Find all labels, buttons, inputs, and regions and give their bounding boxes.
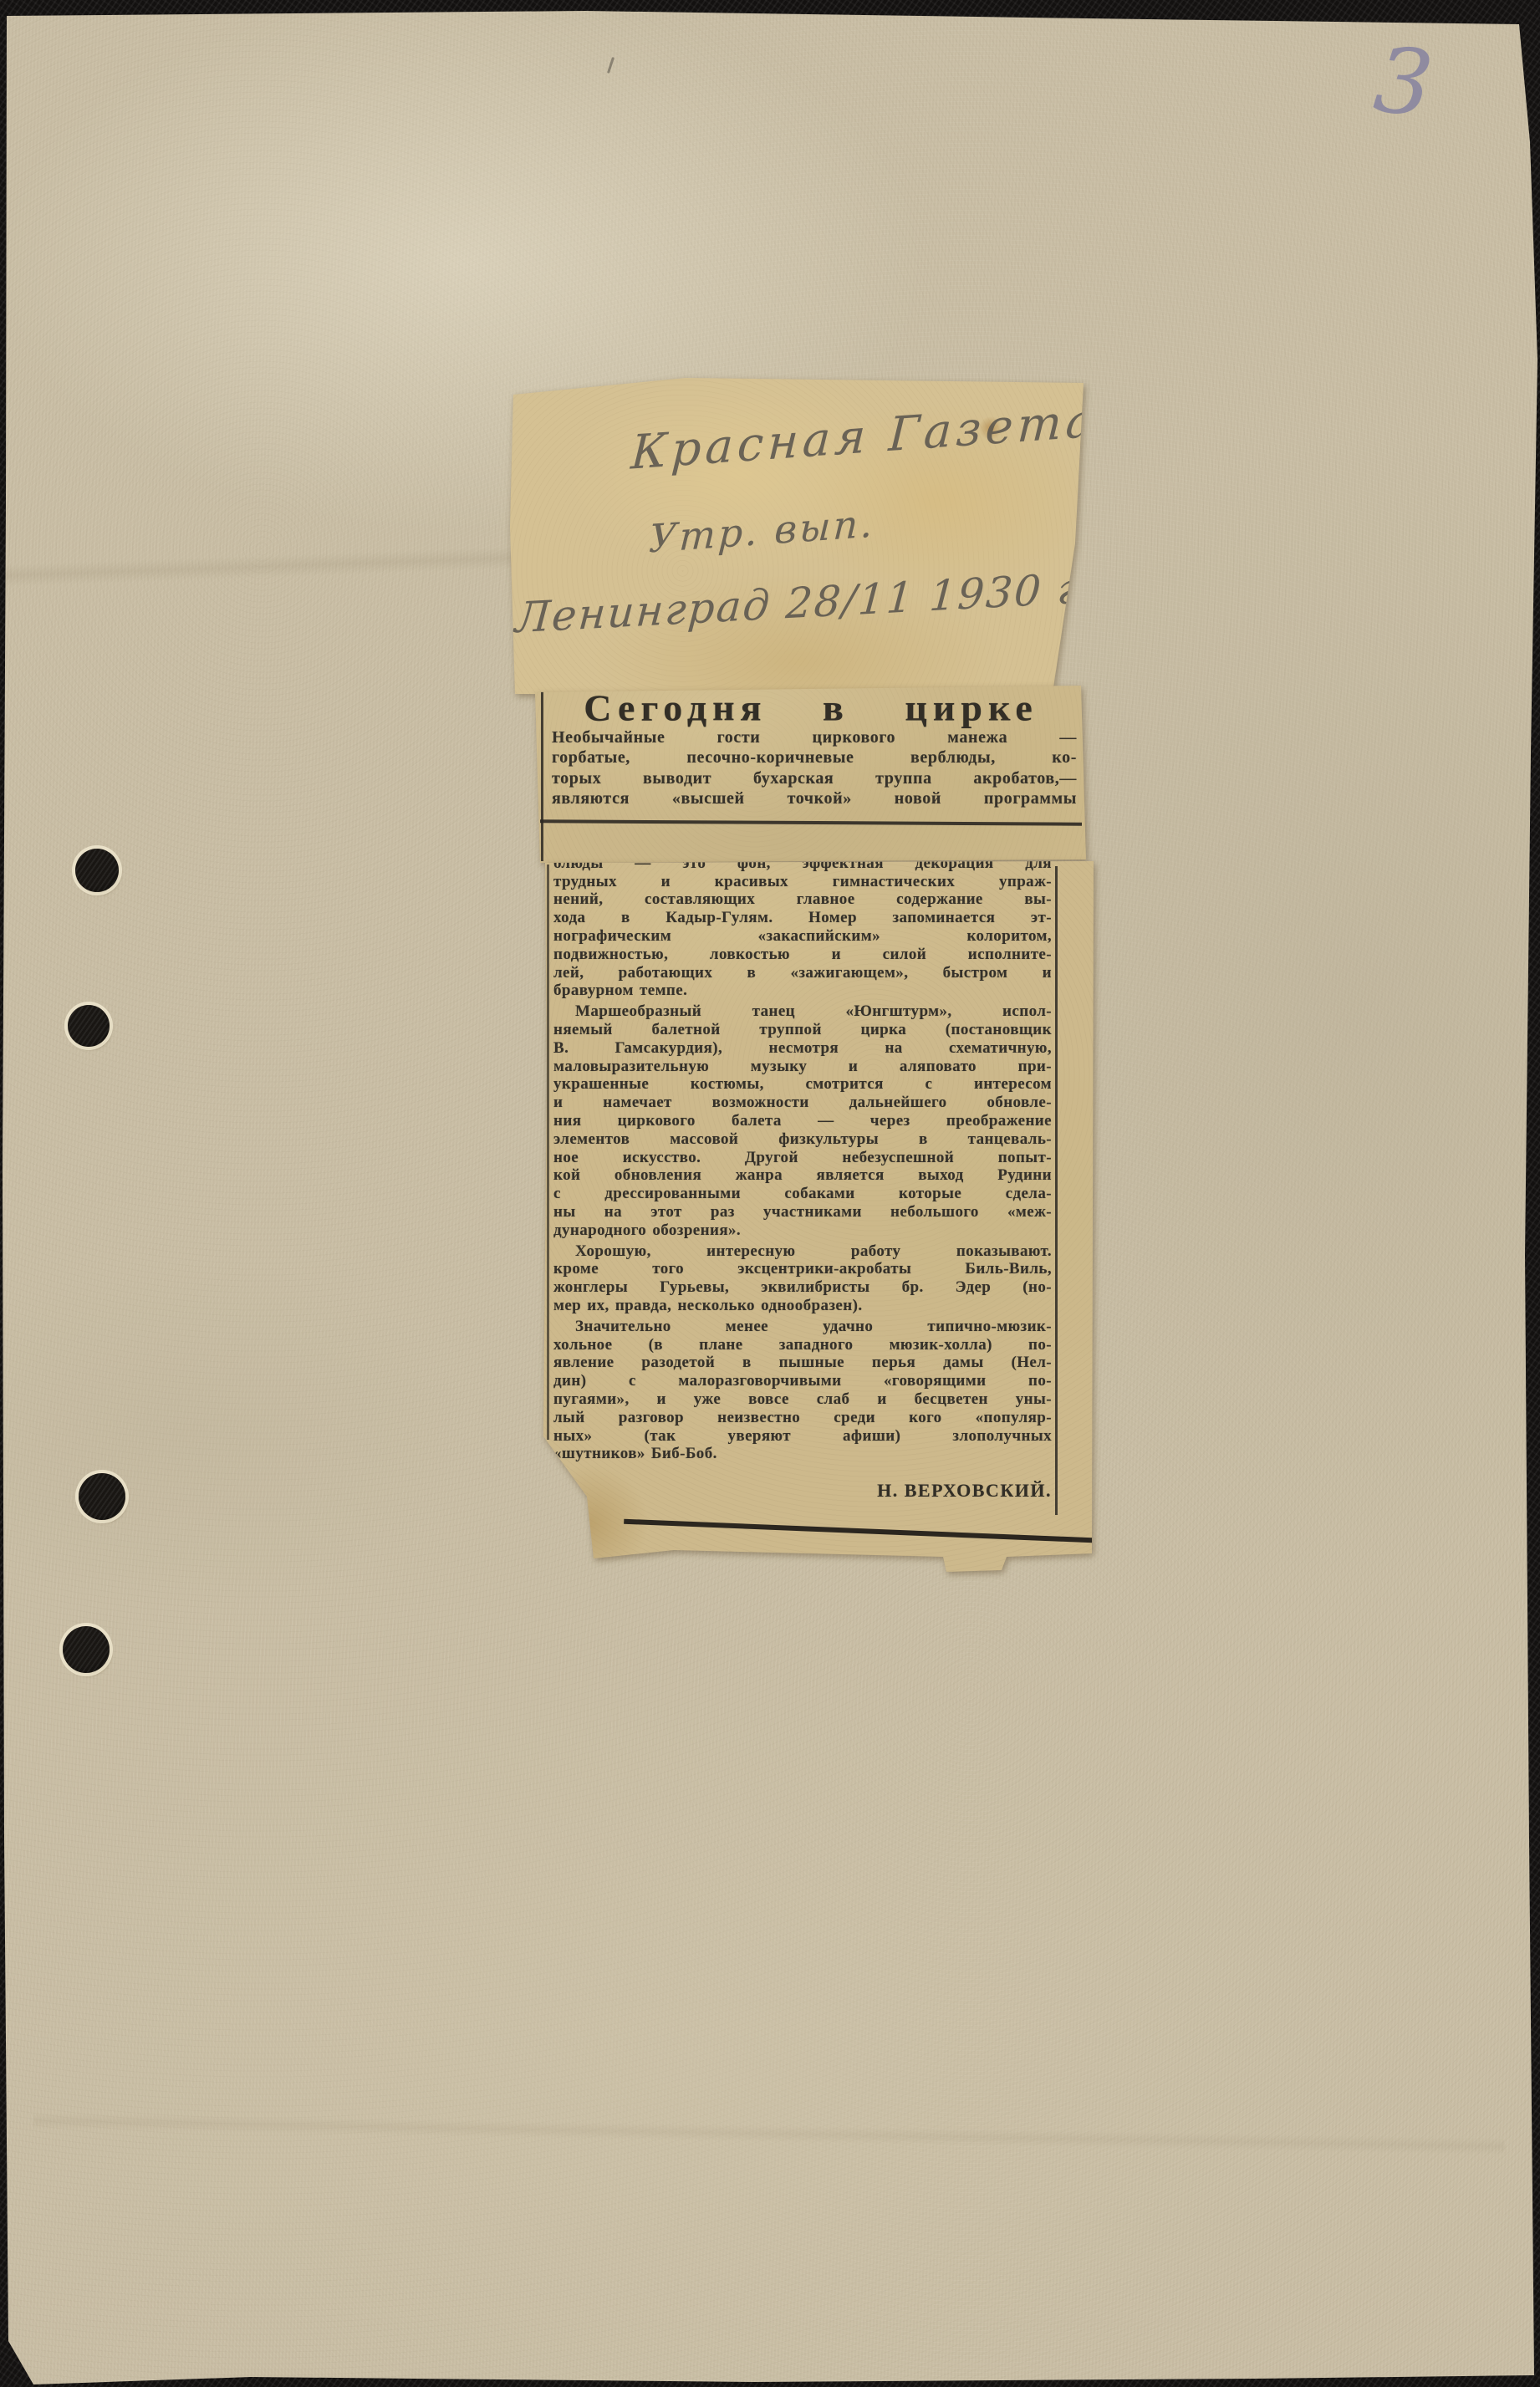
punch-hole [63, 1626, 110, 1673]
print-line: подвижностью, ловкостью и силой исполнит… [553, 946, 1052, 964]
punch-hole [79, 1473, 125, 1520]
clipping-headline-piece: Сегодня в цирке Необычайные гости цирков… [533, 684, 1087, 865]
print-line: украшенные костюмы, смотрится с интересо… [553, 1075, 1052, 1094]
clipping-paragraphs: цирка. Но суть номера не в верблюдах. Ве… [553, 836, 1052, 1463]
article-paper: цирка. Но суть номера не в верблюдах. Ве… [540, 861, 1095, 1573]
print-line: жонглеры Гурьевы, эквилибристы бр. Эдер … [553, 1278, 1052, 1297]
print-line: Значительно менее удачно типично-мюзик- [553, 1318, 1052, 1336]
note-paper: Красная Газета Утр. вып. Ленинград 28/11… [508, 376, 1089, 701]
section-rule [540, 819, 1082, 825]
column-rule-left [547, 865, 549, 1440]
print-line: пугаями», и уже вовсе слаб и бесцветен у… [553, 1390, 1052, 1409]
note-line-edition: Утр. вып. [648, 500, 876, 561]
print-line: элементов массовой физкультуры в танцева… [553, 1130, 1052, 1149]
print-line: Хорошую, интересную работу показывают. [553, 1242, 1052, 1261]
print-line: хольное (в плане западного мюзик-холла) … [553, 1336, 1052, 1354]
print-line: дународного обозрения». [553, 1222, 1052, 1240]
print-line: Маршеобразный танец «Юнгштурм», испол- [553, 1002, 1052, 1021]
clipping-body-piece: цирка. Но суть номера не в верблюдах. Ве… [540, 861, 1095, 1573]
paragraph: цирка. Но суть номера не в верблюдах. Ве… [553, 836, 1052, 1000]
print-line: няемый балетной труппой цирка (постановщ… [553, 1021, 1052, 1039]
print-line: ния циркового балета — через преображени… [553, 1112, 1052, 1130]
print-line: нений, составляющих главное содержание в… [553, 890, 1052, 909]
print-line: и намечает возможности дальнейшего обнов… [553, 1094, 1052, 1112]
print-line: лей, работающих в «зажигающем», быстром … [553, 964, 1052, 982]
print-line: ных» (так уверяют афиши) злополучных [553, 1427, 1052, 1446]
print-line: явление разодетой в пышные перья дамы (Н… [553, 1354, 1052, 1372]
print-line: В. Гамсакурдия), несмотря на схематичную… [553, 1039, 1052, 1058]
print-line: хода в Кадыр-Гулям. Номер запоминается э… [553, 909, 1052, 927]
print-line: являются «высшей точкой» новой программы [552, 788, 1077, 808]
print-line: лый разговор неизвестно среди кого «попу… [553, 1409, 1052, 1427]
print-line: кой обновления жанра является выход Руди… [553, 1166, 1052, 1185]
print-line: «шутников» Биб-Боб. [553, 1445, 1052, 1463]
print-line: кроме того эксцентрики-акробаты Биль-Вил… [553, 1260, 1052, 1278]
print-line: торых выводит бухарская труппа акробатов… [552, 768, 1077, 788]
handwritten-note-slip: Красная Газета Утр. вып. Ленинград 28/11… [508, 376, 1089, 701]
print-line: трудных и красивых гимнастических упраж- [553, 873, 1052, 891]
print-line: ны на этот раз участниками небольшого «м… [553, 1203, 1052, 1222]
paper-crease [0, 509, 553, 620]
paragraph: Маршеобразный танец «Юнгштурм», испол-ня… [553, 1002, 1052, 1239]
punch-hole [68, 1005, 110, 1047]
paragraph: Значительно менее удачно типично-мюзик-х… [553, 1318, 1052, 1463]
note-line-place-date: Ленинград 28/11 1930 г. [513, 564, 1096, 643]
scanned-archive-sheet: 3 Красная Газета Утр. вып. Ленинград 28/… [0, 0, 1540, 2387]
column-rule-right [1055, 866, 1058, 1515]
clipping-headline: Сегодня в цирке [542, 688, 1080, 729]
paragraph: Хорошую, интересную работу показывают.кр… [553, 1242, 1052, 1315]
intro-lines: Необычайные гости циркового манежа —горб… [552, 727, 1077, 809]
note-line-source: Красная Газета [630, 393, 1099, 480]
print-line: ное искусство. Другой небезуспешной попы… [553, 1149, 1052, 1167]
stray-pencil-mark [607, 57, 614, 74]
paper-crease [33, 2078, 1505, 2187]
print-line: маловыразительную музыку и аляповато при… [553, 1058, 1052, 1076]
punch-hole [75, 849, 119, 892]
print-line: дин) с малоразговорчивыми «говорящими по… [553, 1372, 1052, 1390]
print-line: с дрессированными собаками которые сдела… [553, 1185, 1052, 1203]
print-line: бравурном темпе. [553, 982, 1052, 1000]
print-line: мер их, правда, несколько однообразен). [553, 1297, 1052, 1315]
print-line: горбатые, песочно-коричневые верблюды, к… [552, 747, 1077, 768]
byline: Н. ВЕРХОВСКИЙ. [553, 1480, 1055, 1502]
headline-paper: Сегодня в цирке Необычайные гости цирков… [533, 684, 1087, 865]
print-line: нографическим «закаспийским» колоритом, [553, 927, 1052, 946]
bottom-rule [624, 1519, 1094, 1543]
page-number: 3 [1366, 35, 1479, 171]
print-line: Необычайные гости циркового манежа — [552, 727, 1077, 747]
